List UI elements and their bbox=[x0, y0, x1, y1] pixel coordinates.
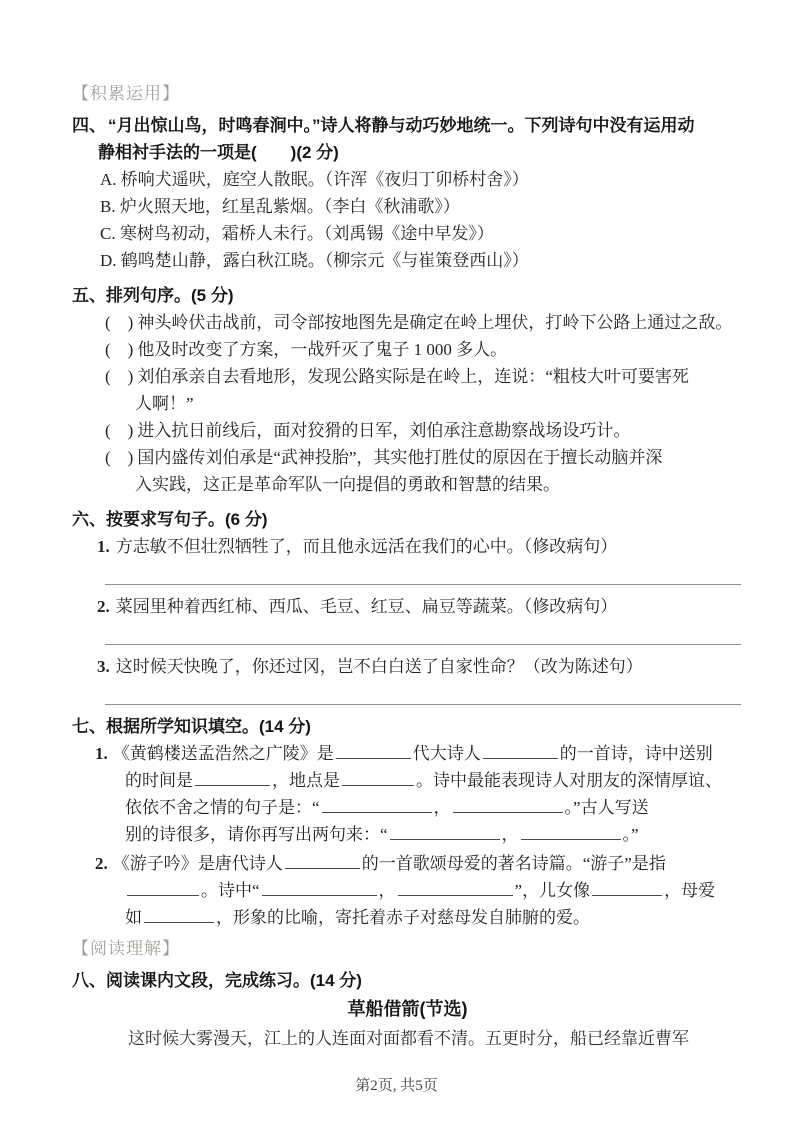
option-a: A. 桥响犬遥吠，庭空人散眠。（许浑《夜归丁卯桥村舍》） bbox=[100, 166, 743, 193]
fill-blank-underline bbox=[336, 743, 411, 759]
ordering-item-3-text-cont: 人啊！” bbox=[105, 390, 743, 417]
fill-text: 别的诗很多，请你再写出两句来：“ bbox=[125, 825, 388, 844]
answer-bracket: ( ) bbox=[105, 313, 137, 332]
fill-blank-underline bbox=[390, 824, 500, 840]
fill-text: 的时间是 bbox=[125, 771, 193, 790]
option-b: B. 炉火照天地，红星乱紫烟。（李白《秋浦歌》） bbox=[100, 193, 743, 220]
fill-blank-underline bbox=[144, 907, 214, 923]
question-8-header: 八、阅读课内文段，完成练习。(14 分) bbox=[72, 967, 743, 994]
rewrite-item-2-text: 菜园里种着西红柿、西瓜、毛豆、红豆、扁豆等蔬菜。（修改病句） bbox=[116, 597, 618, 616]
answer-writing-line bbox=[105, 584, 741, 585]
question-4-title-line1: 四、“月出惊山鸟，时鸣春涧中。”诗人将静与动巧妙地统一。下列诗句中没有运用动 bbox=[72, 112, 743, 139]
rewrite-item-2: 2.菜园里种着西红柿、西瓜、毛豆、红豆、扁豆等蔬菜。（修改病句） bbox=[97, 593, 743, 645]
fill-text: ，地点是 bbox=[272, 771, 340, 790]
option-a-text: 桥响犬遥吠，庭空人散眠。（许浑《夜归丁卯桥村舍》） bbox=[121, 170, 529, 189]
option-d-text: 鹤鸣楚山静，露白秋江晓。（柳宗元《与崔策登西山》） bbox=[121, 251, 529, 270]
question-4-number: 四、 bbox=[72, 116, 108, 135]
fill-blank-item-2: 2.《游子吟》是唐代诗人的一首歌颂母爱的著名诗篇。“游子”是指 。诗中“，”，儿… bbox=[95, 850, 743, 931]
answer-bracket: ( ) bbox=[105, 448, 137, 467]
option-c-text: 寒树鸟初动，霜桥人未行。（刘禹锡《途中早发》） bbox=[120, 224, 494, 243]
rewrite-item-3-number: 3. bbox=[97, 657, 116, 676]
option-c: C. 寒树鸟初动，霜桥人未行。（刘禹锡《途中早发》） bbox=[100, 220, 743, 247]
section-label-reading: 【阅读理解】 bbox=[72, 939, 743, 959]
fill-blank-underline bbox=[453, 797, 563, 813]
ordering-item-5: ( )国内盛传刘伯承是“武神投胎”，其实他打胜仗的原因在于擅长动脑并深 入实践，… bbox=[105, 444, 743, 498]
question-6-items: 1.方志敏不但壮烈牺牲了，而且他永远活在我们的心中。（修改病句） 2.菜园里种着… bbox=[97, 533, 743, 705]
option-b-text: 炉火照天地，红星乱紫烟。（李白《秋浦歌》） bbox=[120, 197, 460, 216]
passage-title: 草船借箭(节选) bbox=[72, 996, 743, 1023]
fill-blank-underline bbox=[322, 797, 432, 813]
reading-passage: 草船借箭(节选) 这时候大雾漫天，江上的人连面对面都看不清。五更时分，船已经靠近… bbox=[72, 996, 743, 1052]
answer-bracket: ( ) bbox=[105, 340, 137, 359]
answer-writing-line bbox=[105, 644, 741, 645]
fill-text: 。诗中“ bbox=[201, 881, 260, 900]
ordering-item-3: ( )刘伯承亲自去看地形，发现公路实际是在岭上，连说：“粗枝大叶可要害死 人啊！… bbox=[105, 363, 743, 417]
ordering-item-5-text: 国内盛传刘伯承是“武神投胎”，其实他打胜仗的原因在于擅长动脑并深 bbox=[137, 448, 662, 467]
question-4-title: 四、“月出惊山鸟，时鸣春涧中。”诗人将静与动巧妙地统一。下列诗句中没有运用动 静… bbox=[72, 112, 743, 166]
question-7-items: 1.《黄鹤楼送孟浩然之广陵》是代大诗人的一首诗，诗中送别 的时间是，地点是。诗中… bbox=[95, 740, 743, 931]
fill-text: 《黄鹤楼送孟浩然之广陵》是 bbox=[113, 744, 334, 763]
question-4-title-line2: 静相衬手法的一项是( )(2 分) bbox=[72, 139, 743, 166]
fill-text: ，形象的比喻，寄托着赤子对慈母发自肺腑的爱。 bbox=[216, 908, 590, 927]
option-b-label: B. bbox=[100, 197, 116, 216]
rewrite-item-2-number: 2. bbox=[97, 597, 116, 616]
rewrite-item-1-number: 1. bbox=[97, 537, 116, 556]
ordering-item-4: ( )进入抗日前线后，面对狡猾的日军，刘伯承注意勘察战场设巧计。 bbox=[105, 417, 743, 444]
ordering-item-3-text: 刘伯承亲自去看地形，发现公路实际是在岭上，连说：“粗枝大叶可要害死 bbox=[137, 367, 689, 386]
rewrite-item-1: 1.方志敏不但壮烈牺牲了，而且他永远活在我们的心中。（修改病句） bbox=[97, 533, 743, 585]
question-6-header: 六、按要求写句子。(6 分) bbox=[72, 506, 743, 533]
fill-text: 如 bbox=[125, 908, 142, 927]
option-d: D. 鹤鸣楚山静，露白秋江晓。（柳宗元《与崔策登西山》） bbox=[100, 247, 743, 274]
fill-blank-underline bbox=[285, 853, 360, 869]
rewrite-item-3-text: 这时候天快晚了，你还过冈，岂不白白送了自家性命？（改为陈述句） bbox=[116, 657, 643, 676]
exam-paper-page: 【积累运用】 四、“月出惊山鸟，时鸣春涧中。”诗人将静与动巧妙地统一。下列诗句中… bbox=[0, 0, 793, 1122]
fill-blank-underline bbox=[127, 880, 199, 896]
option-d-label: D. bbox=[100, 251, 117, 270]
rewrite-item-1-text: 方志敏不但壮烈牺牲了，而且他永远活在我们的心中。（修改病句） bbox=[116, 537, 618, 556]
question-5-header: 五、排列句序。(5 分) bbox=[72, 282, 743, 309]
fill-text: ， bbox=[434, 798, 451, 817]
fill-blank-item-2-number: 2. bbox=[95, 854, 113, 873]
fill-blank-underline bbox=[483, 743, 558, 759]
option-c-label: C. bbox=[100, 224, 116, 243]
fill-text: 代大诗人 bbox=[413, 744, 481, 763]
fill-text: 依依不舍之情的句子是：“ bbox=[125, 798, 320, 817]
fill-blank-item-1-number: 1. bbox=[95, 744, 113, 763]
ordering-item-2: ( )他及时改变了方案，一战歼灭了鬼子 1 000 多人。 bbox=[105, 336, 743, 363]
page-number-footer: 第2页, 共5页 bbox=[0, 1076, 793, 1096]
fill-text: 。”古人写送 bbox=[565, 798, 649, 817]
fill-blank-underline bbox=[195, 770, 270, 786]
fill-text: 《游子吟》是唐代诗人 bbox=[113, 854, 283, 873]
fill-blank-underline bbox=[521, 824, 621, 840]
fill-text: ， bbox=[379, 881, 396, 900]
page-content: 【积累运用】 四、“月出惊山鸟，时鸣春涧中。”诗人将静与动巧妙地统一。下列诗句中… bbox=[0, 0, 793, 1052]
section-label-accumulate: 【积累运用】 bbox=[72, 84, 743, 104]
answer-bracket: ( ) bbox=[105, 367, 137, 386]
question-5-items: ( )神头岭伏击战前，司令部按地图先是确定在岭上埋伏，打岭下公路上通过之敌。 (… bbox=[105, 309, 743, 498]
question-4-options: A. 桥响犬遥吠，庭空人散眠。（许浑《夜归丁卯桥村舍》） B. 炉火照天地，红星… bbox=[100, 166, 743, 274]
fill-blank-underline bbox=[342, 770, 414, 786]
fill-text: 的一首诗，诗中送别 bbox=[560, 744, 713, 763]
passage-first-line: 这时候大雾漫天，江上的人连面对面都看不清。五更时分，船已经靠近曹军 bbox=[72, 1025, 743, 1052]
fill-text: 。” bbox=[623, 825, 639, 844]
ordering-item-1: ( )神头岭伏击战前，司令部按地图先是确定在岭上埋伏，打岭下公路上通过之敌。 bbox=[105, 309, 743, 336]
rewrite-item-3: 3.这时候天快晚了，你还过冈，岂不白白送了自家性命？（改为陈述句） bbox=[97, 653, 743, 705]
ordering-item-1-text: 神头岭伏击战前，司令部按地图先是确定在岭上埋伏，打岭下公路上通过之敌。 bbox=[137, 313, 732, 332]
fill-blank-underline bbox=[398, 880, 513, 896]
fill-text: 的一首歌颂母爱的著名诗篇。“游子”是指 bbox=[362, 854, 666, 873]
ordering-item-2-text: 他及时改变了方案，一战歼灭了鬼子 1 000 多人。 bbox=[137, 340, 507, 359]
fill-text: 。诗中最能表现诗人对朋友的深情厚谊、 bbox=[416, 771, 722, 790]
fill-blank-item-1: 1.《黄鹤楼送孟浩然之广陵》是代大诗人的一首诗，诗中送别 的时间是，地点是。诗中… bbox=[95, 740, 743, 848]
question-4-text: “月出惊山鸟，时鸣春涧中。”诗人将静与动巧妙地统一。下列诗句中没有运用动 bbox=[108, 116, 695, 135]
answer-bracket: ( ) bbox=[105, 421, 137, 440]
fill-text: ， bbox=[502, 825, 519, 844]
ordering-item-4-text: 进入抗日前线后，面对狡猾的日军，刘伯承注意勘察战场设巧计。 bbox=[137, 421, 630, 440]
fill-blank-underline bbox=[592, 880, 662, 896]
question-7-header: 七、根据所学知识填空。(14 分) bbox=[72, 713, 743, 740]
fill-blank-underline bbox=[262, 880, 377, 896]
ordering-item-5-text-cont: 入实践，这正是革命军队一向提倡的勇敢和智慧的结果。 bbox=[105, 471, 743, 498]
fill-text: ”，儿女像 bbox=[515, 881, 591, 900]
option-a-label: A. bbox=[100, 170, 117, 189]
fill-text: ，母爱 bbox=[664, 881, 715, 900]
answer-writing-line bbox=[105, 704, 741, 705]
